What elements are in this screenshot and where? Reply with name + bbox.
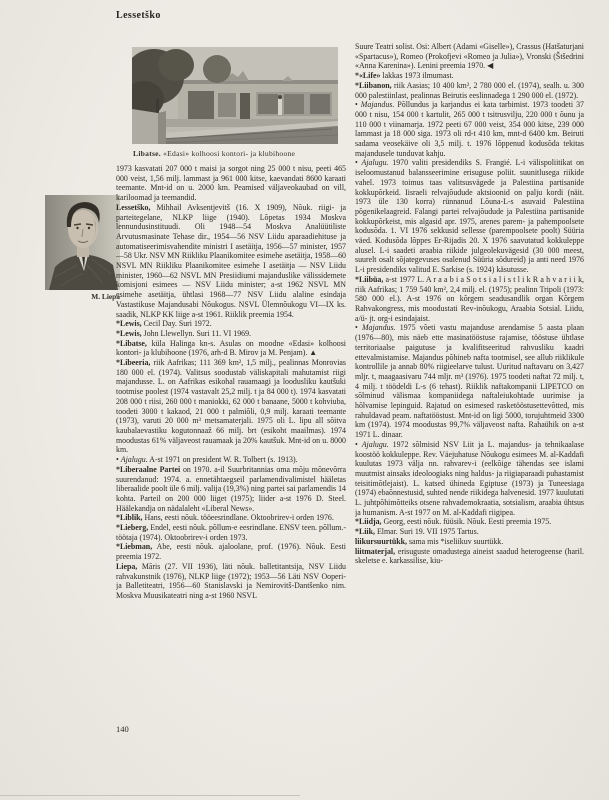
encyclopedia-entry: • Majandus. Põllundus ja karjandus ei ka… [355,100,584,158]
encyclopedia-entry: *«Life» lakkas 1973 ilmumast. [355,71,584,81]
left-text-column: 1973 kasvatati 207 000 t maisi ja sorgot… [116,164,346,718]
encyclopedia-entry: *Liibanon, riik Aasias; 10 400 km², 2 78… [355,81,584,100]
portrait-caption: M. Liepa [25,292,120,301]
entry-headword: *«Life» [355,71,380,80]
entry-body: 1970 valiti presidendiks S. Frangié. L-i… [355,158,584,274]
right-text-column: Suure Teatri solist. Osi: Albert (Adami … [355,42,584,742]
entry-headword: *Liibanon, [355,81,392,90]
scan-artifact-line [0,795,300,796]
entry-body: Mihhail Avksentjevitš (16. X 1909), Nõuk… [116,203,346,319]
bullet-marker: • [355,440,362,449]
caption-headword: Libatse. [133,149,161,158]
entry-headword: *Liik, [355,527,375,536]
encyclopedia-entry: liitmaterjal, erisuguste omadustega aine… [355,547,584,566]
encyclopedia-entry: liikursuurtükk, sama mis *iseliikuv suur… [355,537,584,547]
entry-section-label: Ajalugu. [362,158,389,167]
entry-headword: *Lewis, [116,329,142,338]
entry-section-label: Majandus. [362,323,396,332]
encyclopedia-page: Lessetško [0,0,609,800]
entry-body: Cecil Day. Suri 1972. [142,319,212,328]
bullet-marker: • [355,323,362,332]
entry-section-label: Ajalugu. [362,440,389,449]
entry-headword: *Liebman, [116,542,152,551]
encyclopedia-entry: • Ajalugu. 1970 valiti presidendiks S. F… [355,158,584,274]
entry-headword: Lessetško, [116,203,150,212]
entry-body: a-st 1977 L. A r a a b i a S o t s i a l… [355,275,584,323]
entry-headword: *Lewis, [116,319,142,328]
portrait-illustration [45,195,120,290]
encyclopedia-entry: • Majandus. 1975 võeti vastu majanduse a… [355,323,584,439]
kolkhoz-building-illustration [132,47,338,144]
entry-section-label: Ajalugu. [121,455,148,464]
entry-headword: *Liidja, [355,517,382,526]
page-number: 140 [116,724,129,734]
encyclopedia-entry: *Lewis, John Llewellyn. Suri 11. VI 1969… [116,329,346,339]
encyclopedia-entry: *Liebman, Abe, eesti nõuk. ajaloolane, p… [116,542,346,561]
entry-headword: *Libeeria, [116,358,150,367]
building-photo-caption: Libatse. «Edasi» kolhoosi kontori- ja kl… [133,149,347,158]
kolkhoz-building-photo [132,47,338,144]
entry-headword: Liepa, [116,562,137,571]
encyclopedia-entry: *Lewis, Cecil Day. Suri 1972. [116,319,346,329]
entry-body: Hans, eesti nõuk. tööeesrindlane. Oktoob… [143,513,334,522]
entry-body: Elmar. Suri 19. VII 1975 Tartus. [375,527,479,536]
encyclopedia-entry: *Liidja, Georg, eesti nõuk. füüsik. Nõuk… [355,517,584,527]
entry-headword: *Libatse, [116,339,147,348]
encyclopedia-entry: *Liberaalne Partei on 1970. a-il Suurbri… [116,465,346,514]
encyclopedia-entry: *Liik, Elmar. Suri 19. VII 1975 Tartus. [355,527,584,537]
encyclopedia-entry: • Ajalugu. A-st 1971 on president W. R. … [116,455,346,465]
entry-headword: liikursuurtükk, [355,537,407,546]
entry-body: sama mis *iseliikuv suurtükk. [407,537,503,546]
entry-headword: *Liibüa, [355,275,383,284]
entry-body: Endel, eesti nõuk. põllum-e eesrindlane.… [116,523,346,542]
entry-body: Māris (27. VII 1936), läti nõuk. balleti… [116,562,346,600]
encyclopedia-entry: *Liblik, Hans, eesti nõuk. tööeesrindlan… [116,513,346,523]
entry-headword: *Liblik, [116,513,143,522]
entry-body: küla Halinga kn-s. Asulas on moodne «Eda… [116,339,346,358]
encyclopedia-entry: *Libeeria, riik Aafrikas; 111 369 km², 1… [116,358,346,455]
entry-body: Georg, eesti nõuk. füüsik. Nõuk. Eesti p… [382,517,552,526]
entry-headword: *Liberaalne Partei [116,465,180,474]
entry-body: riik Aafrikas; 111 369 km², 1,5 milj., p… [116,358,346,454]
entry-body: 1975 võeti vastu majanduse arendamise 5 … [355,323,584,439]
entry-body: Suure Teatri solist. Osi: Albert (Adami … [355,42,584,70]
portrait-photo [45,195,120,290]
entry-section-label: Majandus. [361,100,395,109]
encyclopedia-entry: Liepa, Māris (27. VII 1936), läti nõuk. … [116,562,346,601]
encyclopedia-entry: Suure Teatri solist. Osi: Albert (Adami … [355,42,584,71]
entry-headword: *Lieberg, [116,523,148,532]
running-head: Lessetško [116,10,161,21]
encyclopedia-entry: • Ajalugu. 1972 sõlmisid NSV Liit ja L. … [355,440,584,518]
encyclopedia-entry: *Lieberg, Endel, eesti nõuk. põllum-e ee… [116,523,346,542]
entry-body: 1973 kasvatati 207 000 t maisi ja sorgot… [116,164,346,202]
caption-text: «Edasi» kolhoosi kontori- ja klubihoone [161,149,295,158]
encyclopedia-entry: Lessetško, Mihhail Avksentjevitš (16. X … [116,203,346,319]
entry-headword: liitmaterjal, [355,547,395,556]
encyclopedia-entry: *Libatse, küla Halinga kn-s. Asulas on m… [116,339,346,358]
entry-body: 1972 sõlmisid NSV Liit ja L. majandus- j… [355,440,584,517]
encyclopedia-entry: *Liibüa, a-st 1977 L. A r a a b i a S o … [355,275,584,324]
encyclopedia-entry: 1973 kasvatati 207 000 t maisi ja sorgot… [116,164,346,203]
entry-body: John Llewellyn. Suri 11. VI 1969. [142,329,251,338]
entry-body: lakkas 1973 ilmumast. [380,71,453,80]
entry-body: A-st 1971 on president W. R. Tolbert (s.… [148,455,298,464]
